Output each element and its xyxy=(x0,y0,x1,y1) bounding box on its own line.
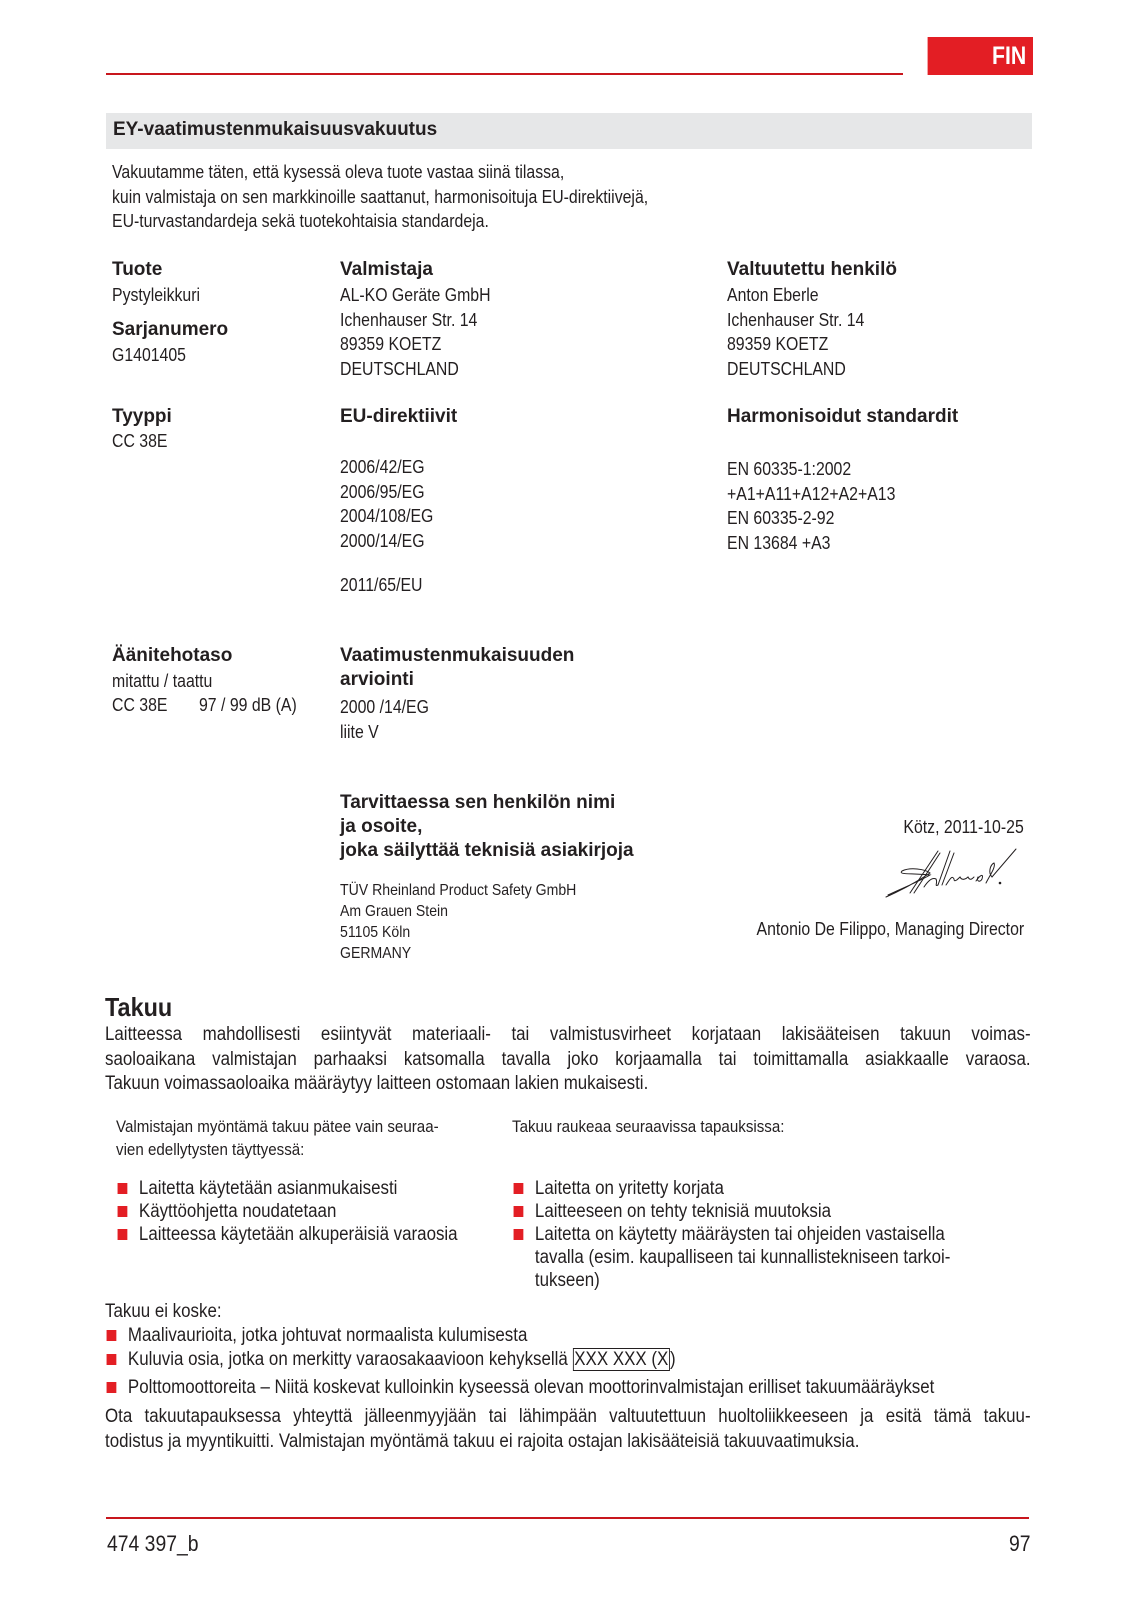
address-line: AL-KO Geräte GmbH xyxy=(340,283,491,308)
heading-line: Valmistajan myöntämä takuu pätee vain se… xyxy=(116,1115,439,1138)
bullet-square-icon xyxy=(107,1354,117,1365)
sound-power-label: Äänitehotaso xyxy=(112,644,232,668)
valid-if-list: Laitetta käytetään asianmukaisesti Käytt… xyxy=(114,1177,458,1246)
list-item-text: Laitteessa käytetään alkuperäisiä varaos… xyxy=(139,1224,458,1245)
label-line: arviointi xyxy=(340,668,574,692)
list-item-text: Maalivaurioita, jotka johtuvat normaalis… xyxy=(128,1325,527,1346)
label-line: Tarvittaessa sen henkilön nimi xyxy=(340,791,634,815)
list-item-text: Laitetta on käytetty määräysten tai ohje… xyxy=(535,1223,950,1246)
list-item-text: Laitetta on yritetty korjata xyxy=(535,1178,724,1199)
void-if-list: Laitetta on yritetty korjata Laitteeseen… xyxy=(510,1177,950,1292)
technical-file-label: Tarvittaessa sen henkilön nimi ja osoite… xyxy=(340,791,634,863)
intro-line: Takuun voimassaoloaika määräytyy laittee… xyxy=(105,1072,1031,1097)
standard-item: EN 60335-1:2002 xyxy=(727,457,895,482)
bullet-square-icon xyxy=(107,1330,117,1341)
list-item-text: Laitteeseen on tehty teknisiä muutoksia xyxy=(535,1201,831,1222)
serial-label: Sarjanumero xyxy=(112,318,228,342)
list-item-text: tukseen) xyxy=(535,1269,950,1292)
closing-line: todistus ja myyntikuitti. Valmistajan my… xyxy=(105,1430,1031,1455)
conformity-assessment-label: Vaatimustenmukaisuuden arviointi xyxy=(340,644,574,692)
bullet-square-icon xyxy=(514,1206,524,1217)
list-item: Laitteeseen on tehty teknisiä muutoksia xyxy=(510,1200,950,1223)
bullet-square-icon xyxy=(514,1183,524,1194)
address-line: 89359 KOETZ xyxy=(340,332,491,357)
address-line: DEUTSCHLAND xyxy=(727,357,864,382)
warranty-intro: Laitteessa mahdollisesti esiintyvät mate… xyxy=(105,1023,1031,1097)
address-line: Ichenhauser Str. 14 xyxy=(727,308,864,333)
directive-item: 2000/14/EG xyxy=(340,529,433,554)
sound-power-subtitle: mitattu / taattu xyxy=(112,669,212,694)
address-line: Am Grauen Stein xyxy=(340,901,576,922)
harmonised-standards-list: EN 60335-1:2002 +A1+A11+A12+A2+A13 EN 60… xyxy=(727,457,895,555)
sound-power-value: 97 / 99 dB (A) xyxy=(199,693,297,718)
section-title: EY-vaatimustenmukaisuusvakuutus xyxy=(113,117,437,143)
eu-directives-list: 2006/42/EG 2006/95/EG 2004/108/EG 2000/1… xyxy=(340,455,433,553)
standard-item: EN 60335-2-92 xyxy=(727,506,895,531)
manufacturer-label: Valmistaja xyxy=(340,258,433,282)
closing-line: Ota takuutapauksessa yhteyttä jälleenmyy… xyxy=(105,1405,1031,1430)
address-line: 51105 Köln xyxy=(340,922,576,943)
list-item: Laitteessa käytetään alkuperäisiä varaos… xyxy=(114,1223,458,1246)
sound-power-model: CC 38E xyxy=(112,693,167,718)
value-line: 2000 /14/EG xyxy=(340,695,429,720)
list-item: Laitetta käytetään asianmukaisesti xyxy=(114,1177,458,1200)
list-item: Maalivaurioita, jotka johtuvat normaalis… xyxy=(103,1324,934,1348)
intro-line: kuin valmistaja on sen markkinoille saat… xyxy=(112,185,648,210)
label-line: Vaatimustenmukaisuuden xyxy=(340,644,574,668)
list-item: Laitetta on yritetty korjata xyxy=(510,1177,950,1200)
directive-item: 2006/42/EG xyxy=(340,455,433,480)
void-if-heading: Takuu raukeaa seuraavissa tapauksissa: xyxy=(512,1115,785,1138)
bullet-square-icon xyxy=(118,1183,128,1194)
authorized-person-address: Anton Eberle Ichenhauser Str. 14 89359 K… xyxy=(727,283,864,381)
signature-icon xyxy=(880,845,1020,905)
product-value: Pystyleikkuri xyxy=(112,283,200,308)
type-label: Tyyppi xyxy=(112,405,172,429)
bullet-square-icon xyxy=(514,1229,524,1240)
list-item-text: Käyttöohjetta noudatetaan xyxy=(139,1201,336,1222)
label-line: ja osoite, xyxy=(340,815,634,839)
intro-line: EU-turvastandardeja sekä tuotekohtaisia … xyxy=(112,209,648,234)
list-item-text: Kuluvia osia, jotka on merkitty varaosak… xyxy=(128,1349,573,1370)
signatory: Antonio De Filippo, Managing Director xyxy=(756,917,1024,942)
list-item-text: Polttomoottoreita – Niitä koskevat kullo… xyxy=(128,1377,934,1398)
manufacturer-address: AL-KO Geräte GmbH Ichenhauser Str. 14 89… xyxy=(340,283,491,381)
wear-part-frame-example: XXX XXX (X xyxy=(573,1348,671,1371)
not-covered-heading: Takuu ei koske: xyxy=(105,1300,222,1323)
conformity-assessment-value: 2000 /14/EG liite V xyxy=(340,695,429,744)
list-item-text: Laitetta käytetään asianmukaisesti xyxy=(139,1178,398,1199)
harmonised-standards-label: Harmonisoidut standardit xyxy=(727,405,958,429)
list-item: Käyttöohjetta noudatetaan xyxy=(114,1200,458,1223)
bullet-square-icon xyxy=(118,1206,128,1217)
product-label: Tuote xyxy=(112,258,162,282)
bullet-square-icon xyxy=(107,1382,117,1393)
heading-line: vien edellytysten täyttyessä: xyxy=(116,1138,439,1161)
declaration-intro: Vakuutamme täten, että kysessä oleva tuo… xyxy=(112,160,648,234)
standard-item: EN 13684 +A3 xyxy=(727,531,895,556)
technical-file-address: TÜV Rheinland Product Safety GmbH Am Gra… xyxy=(340,880,576,964)
not-covered-list: Maalivaurioita, jotka johtuvat normaalis… xyxy=(103,1324,934,1402)
type-value: CC 38E xyxy=(112,429,167,454)
address-line: TÜV Rheinland Product Safety GmbH xyxy=(340,880,576,901)
language-code: FIN xyxy=(992,37,1026,75)
address-line: 89359 KOETZ xyxy=(727,332,864,357)
list-item: Polttomoottoreita – Niitä koskevat kullo… xyxy=(103,1372,934,1402)
eu-directive-extra: 2011/65/EU xyxy=(340,573,423,598)
value-line: liite V xyxy=(340,720,429,745)
standard-item: +A1+A11+A12+A2+A13 xyxy=(727,482,895,507)
address-line: GERMANY xyxy=(340,943,576,964)
address-line: DEUTSCHLAND xyxy=(340,357,491,382)
page-number: 97 xyxy=(1008,1530,1030,1558)
list-item: Laitetta on käytetty määräysten tai ohje… xyxy=(510,1223,950,1292)
warranty-closing: Ota takuutapauksessa yhteyttä jälleenmyy… xyxy=(105,1405,1031,1454)
list-item-text: tavalla (esim. kaupalliseen tai kunnalli… xyxy=(535,1246,950,1269)
authorized-person-label: Valtuutettu henkilö xyxy=(727,258,897,282)
document-number: 474 397_b xyxy=(107,1530,199,1558)
language-tab: FIN xyxy=(928,37,1033,75)
serial-value: G1401405 xyxy=(112,343,186,368)
directive-item: 2004/108/EG xyxy=(340,504,433,529)
label-line: joka säilyttää teknisiä asiakirjoja xyxy=(340,839,634,863)
valid-if-heading: Valmistajan myöntämä takuu pätee vain se… xyxy=(116,1115,439,1161)
intro-line: Laitteessa mahdollisesti esiintyvät mate… xyxy=(105,1023,1031,1048)
address-line: Anton Eberle xyxy=(727,283,864,308)
eu-directives-label: EU-direktiivit xyxy=(340,405,457,429)
address-line: Ichenhauser Str. 14 xyxy=(340,308,491,333)
directive-item: 2006/95/EG xyxy=(340,480,433,505)
bullet-square-icon xyxy=(118,1229,128,1240)
place-date: Kötz, 2011-10-25 xyxy=(904,815,1024,840)
list-item-text: ) xyxy=(670,1349,676,1370)
header-rule xyxy=(106,73,903,75)
footer-rule xyxy=(106,1517,1029,1519)
intro-line: saoloaikana valmistajan parhaaksi katsom… xyxy=(105,1048,1031,1073)
warranty-title: Takuu xyxy=(105,992,172,1023)
intro-line: Vakuutamme täten, että kysessä oleva tuo… xyxy=(112,160,648,185)
list-item: Kuluvia osia, jotka on merkitty varaosak… xyxy=(103,1348,934,1372)
